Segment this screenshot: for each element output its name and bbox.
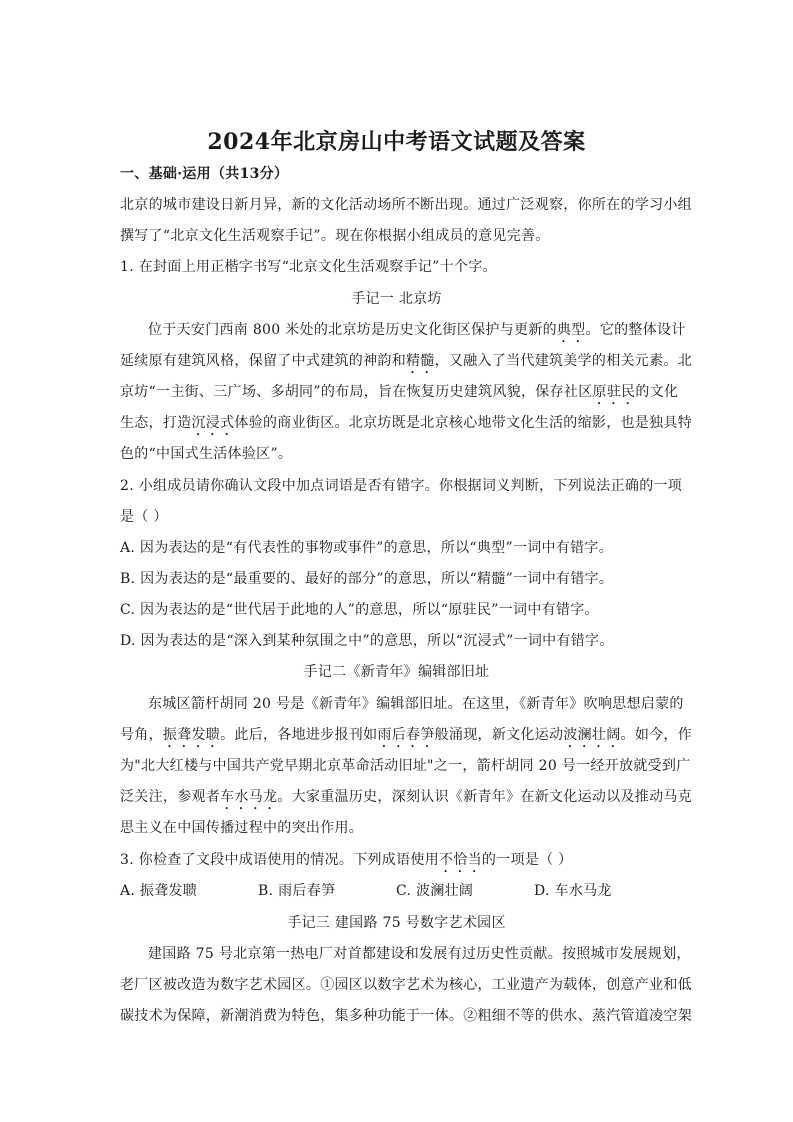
note1-line: 色的“中国式生活体验区”。 [120,444,673,464]
note1-title: 手记一 北京坊 [120,289,673,309]
note2-line: 为"北大红楼与中国共产党早期北京革命活动旧址"之一，箭杆胡同 20 号一经开放就… [120,756,673,776]
question-3-options: A. 振聋发聩B. 雨后春笋C. 波澜壮阔D. 车水马龙 [120,881,673,901]
note3-title: 手记三 建国路 75 号数字艺术园区 [120,913,673,933]
note1-line: 位于天安门西南 800 米处的北京坊是历史文化街区保护与更新的典型。它的整体设计 [120,320,673,346]
question-3-option-c: C. 波澜壮阔 [396,881,534,901]
question-2-stem: 2. 小组成员请你确认文段中加点词语是否有错字。你根据词义判断，下列说法正确的一… [120,476,673,496]
question-2-option-b: B. 因为表达的是“最重要的、最好的部分”的意思，所以“精髓”一词中有错字。 [120,569,673,589]
question-3-option-d: D. 车水马龙 [534,881,612,901]
note2-line: 东城区箭杆胡同 20 号是《新青年》编辑部旧址。在这里，《新青年》吹响思想启蒙的 [120,694,673,714]
question-2-option-c: C. 因为表达的是“世代居于此地的人”的意思，所以“原驻民”一词中有错字。 [120,600,673,620]
question-3-stem: 3. 你检查了文段中成语使用的情况。下列成语使用不恰当的一项是（ ） [120,850,673,876]
note3-line: 老厂区被改造为数字艺术园区。①园区以数字艺术为核心，工业遗产为载体，创意产业和低 [120,975,673,995]
note2-title: 手记二《新青年》编辑部旧址 [120,662,673,682]
note2-line: 思主义在中国传播过程中的突出作用。 [120,818,673,838]
note2-line: 泛关注，参观者车水马龙。大家重温历史，深刻认识《新青年》在新文化运动以及推动马克 [120,787,673,813]
note3-line: 建国路 75 号北京第一热电厂对首都建设和发展有过历史性贡献。按照城市发展规划， [120,944,673,964]
question-3-option-a: A. 振聋发聩 [120,881,258,901]
question-2-option-a: A. 因为表达的是“有代表性的事物或事件”的意思，所以“典型”一词中有错字。 [120,538,673,558]
note1-line: 生态，打造沉浸式体验的商业街区。北京坊既是北京核心地带文化生活的缩影，也是独具特 [120,413,673,439]
note1-line: 京坊“一主街、三广场、多胡同”的布局，旨在恢复历史建筑风貌，保存社区原驻民的文化 [120,382,673,408]
page-title: 2024年北京房山中考语文试题及答案 [120,125,673,156]
note2-line: 号角，振聋发聩。此后，各地进步报刊如雨后春笋般涌现，新文化运动波澜壮阔。如今，作 [120,725,673,751]
section-heading: 一、基础·运用（共13分） [120,164,673,184]
note1-line: 延续原有建筑风格，保留了中式建筑的神韵和精髓，又融入了当代建筑美学的相关元素。北 [120,351,673,377]
question-3-option-b: B. 雨后春笋 [258,881,396,901]
question-2-option-d: D. 因为表达的是“深入到某种氛围之中”的意思，所以“沉浸式”一词中有错字。 [120,631,673,651]
question-2-stem: 是（ ） [120,507,673,527]
intro-line-1: 北京的城市建设日新月异，新的文化活动场所不断出现。通过广泛观察，你所在的学习小组 [120,195,673,215]
intro-line-2: 撰写了“北京文化生活观察手记”。现在你根据小组成员的意见完善。 [120,226,673,246]
question-1: 1. 在封面上用正楷字书写“北京文化生活观察手记”十个字。 [120,257,673,277]
note3-line: 碳技术为保障，新潮消费为特色，集多种功能于一体。②粗细不等的供水、蒸汽管道凌空架 [120,1006,673,1026]
